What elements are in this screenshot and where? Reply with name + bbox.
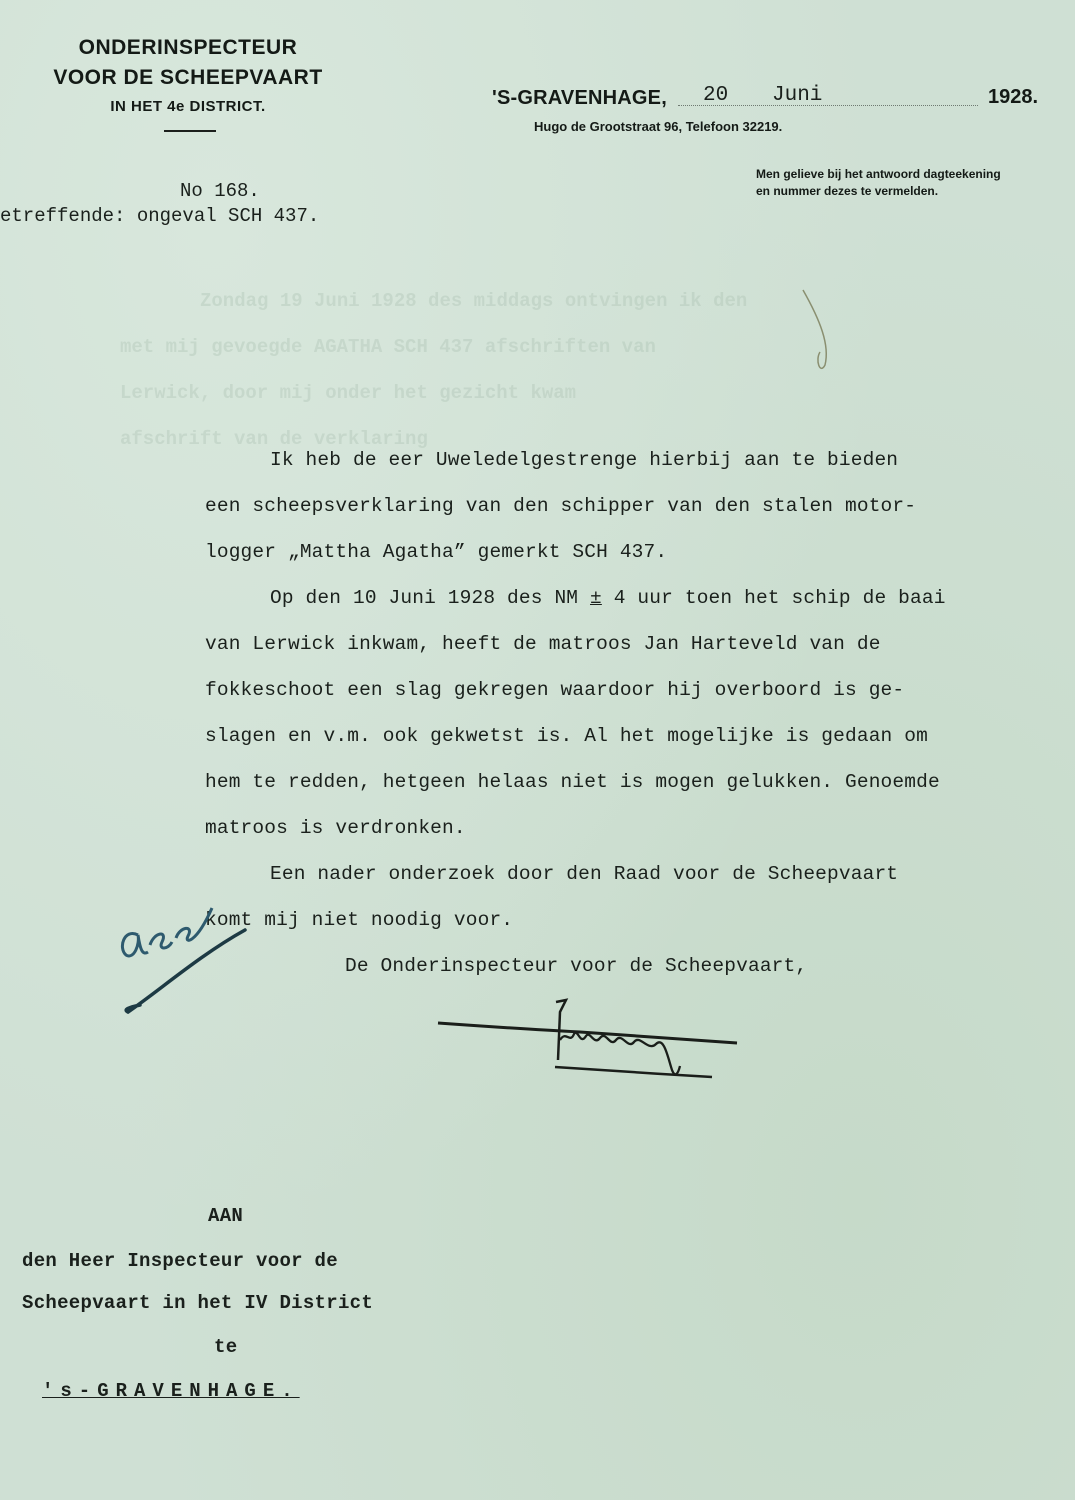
handwriting-layer bbox=[0, 0, 1075, 1500]
recipient-line-1: den Heer Inspecteur voor de bbox=[22, 1250, 338, 1272]
pencil-mark bbox=[803, 290, 826, 368]
check-mark-icon bbox=[126, 930, 245, 1012]
recipient-line-2: Scheepvaart in het IV District bbox=[22, 1292, 373, 1314]
recipient-city: 's-GRAVENHAGE. bbox=[42, 1380, 300, 1402]
letter-page: Zondag 19 Juni 1928 des middags ontvinge… bbox=[0, 0, 1075, 1500]
recipient-label: AAN bbox=[208, 1205, 243, 1227]
acc-annotation bbox=[122, 908, 212, 956]
signature bbox=[438, 1000, 737, 1077]
recipient-line-3: te bbox=[214, 1336, 237, 1358]
